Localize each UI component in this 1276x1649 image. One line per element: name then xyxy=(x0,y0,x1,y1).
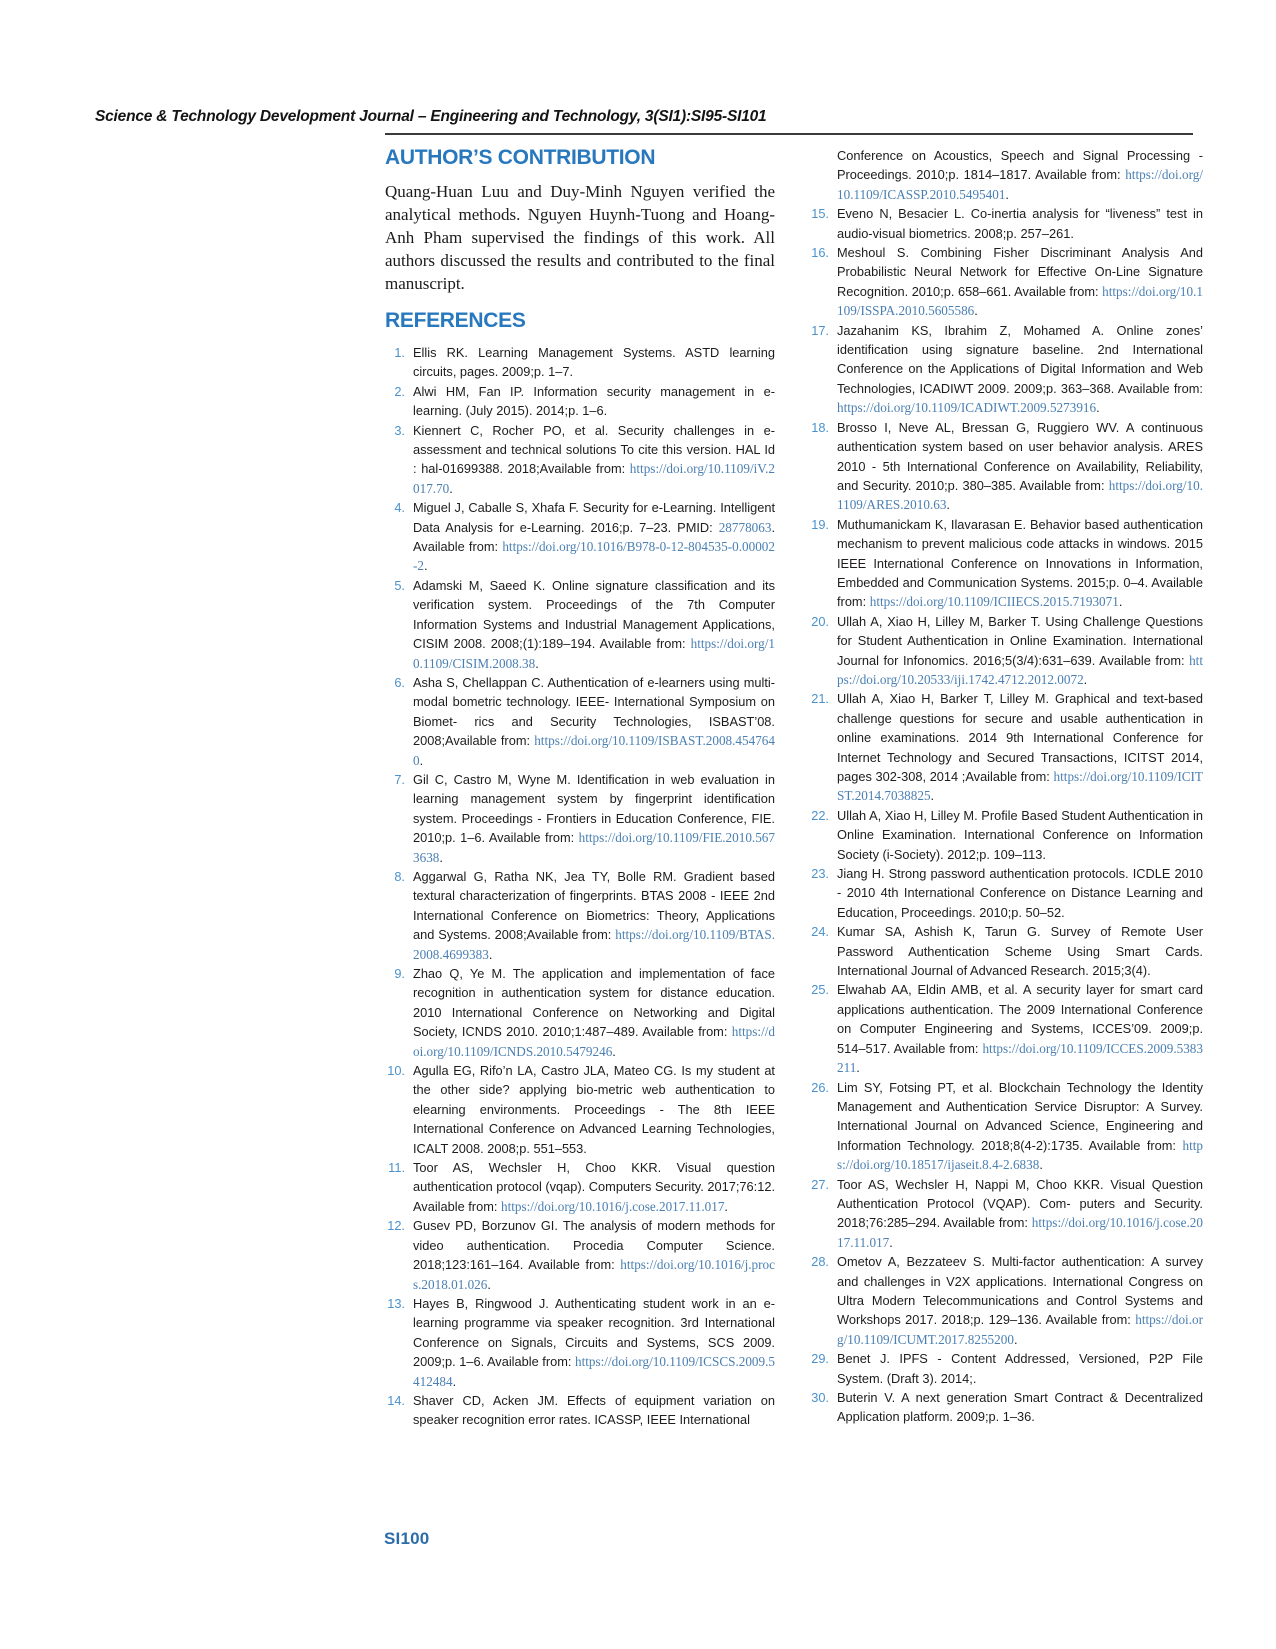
header-rule xyxy=(385,133,1193,135)
doi-link[interactable]: https://doi.org/10.1016/j.cose.2017.11.0… xyxy=(501,1199,724,1214)
reference-item: 19.Muthumanickam K, Ilavarasan E. Behavi… xyxy=(805,515,1203,612)
doi-link[interactable]: https://doi.org/10.1109/ICADIWT.2009.527… xyxy=(837,400,1096,415)
doi-link[interactable]: https://doi.org/10.1109/CISIM.2008.38 xyxy=(413,636,775,670)
reference-continuation: Conference on Acoustics, Speech and Sign… xyxy=(805,146,1203,204)
reference-number: 12. xyxy=(385,1216,405,1235)
reference-item: 29.Benet J. IPFS - Content Addressed, Ve… xyxy=(805,1349,1203,1388)
reference-item: 1.Ellis RK. Learning Management Systems.… xyxy=(385,343,775,382)
reference-item: 3.Kiennert C, Rocher PO, et al. Security… xyxy=(385,421,775,499)
reference-number: 8. xyxy=(385,867,405,886)
reference-item: 10.Agulla EG, Rifo’n LA, Castro JLA, Mat… xyxy=(385,1061,775,1158)
reference-number: 29. xyxy=(805,1349,829,1368)
reference-item: 6.Asha S, Chellappan C. Authentication o… xyxy=(385,673,775,770)
reference-number: 13. xyxy=(385,1294,405,1313)
reference-number: 14. xyxy=(385,1391,405,1410)
doi-link[interactable]: https://doi.org/10.1109/ICNDS.2010.54792… xyxy=(413,1024,775,1058)
reference-number: 1. xyxy=(385,343,405,362)
doi-link[interactable]: https://doi.org/10.20533/iji.1742.4712.2… xyxy=(837,653,1203,687)
doi-link[interactable]: https://doi.org/10.1109/ICCES.2009.53832… xyxy=(837,1041,1203,1075)
reference-item: 9.Zhao Q, Ye M. The application and impl… xyxy=(385,964,775,1061)
reference-number: 24. xyxy=(805,922,829,941)
reference-number: 16. xyxy=(805,243,829,262)
reference-number: 27. xyxy=(805,1175,829,1194)
doi-link[interactable]: https://doi.org/10.1109/ICITST.2014.7038… xyxy=(837,769,1203,803)
reference-number: 10. xyxy=(385,1061,405,1080)
reference-number: 15. xyxy=(805,204,829,223)
reference-item: 16.Meshoul S. Combining Fisher Discrimin… xyxy=(805,243,1203,321)
reference-item: 17.Jazahanim KS, Ibrahim Z, Mohamed A. O… xyxy=(805,321,1203,418)
reference-item: 5.Adamski M, Saeed K. Online signature c… xyxy=(385,576,775,673)
reference-item: 14.Shaver CD, Acken JM. Effects of equip… xyxy=(385,1391,775,1430)
reference-item: 23.Jiang H. Strong password authenticati… xyxy=(805,864,1203,922)
reference-item: 26.Lim SY, Fotsing PT, et al. Blockchain… xyxy=(805,1078,1203,1175)
reference-item: 20.Ullah A, Xiao H, Lilley M, Barker T. … xyxy=(805,612,1203,690)
reference-item: 11.Toor AS, Wechsler H, Choo KKR. Visual… xyxy=(385,1158,775,1216)
doi-link[interactable]: https://doi.org/10.1016/j.cose.2017.11.0… xyxy=(837,1215,1203,1249)
reference-number: 30. xyxy=(805,1388,829,1407)
reference-number: 25. xyxy=(805,980,829,999)
reference-item: 24.Kumar SA, Ashish K, Tarun G. Survey o… xyxy=(805,922,1203,980)
reference-item: 7.Gil C, Castro M, Wyne M. Identificatio… xyxy=(385,770,775,867)
reference-number: 2. xyxy=(385,382,405,401)
reference-number: 3. xyxy=(385,421,405,440)
doi-link[interactable]: https://doi.org/10.1109/ICASSP.2010.5495… xyxy=(837,167,1203,201)
reference-number: 17. xyxy=(805,321,829,340)
reference-item: 28.Ometov A, Bezzateev S. Multi-factor a… xyxy=(805,1252,1203,1349)
doi-link[interactable]: https://doi.org/10.1109/ARES.2010.63 xyxy=(837,478,1203,512)
paper-page: Science & Technology Development Journal… xyxy=(0,0,1276,1649)
reference-item: 30.Buterin V. A next generation Smart Co… xyxy=(805,1388,1203,1427)
reference-number: 9. xyxy=(385,964,405,983)
reference-item: 8.Aggarwal G, Ratha NK, Jea TY, Bolle RM… xyxy=(385,867,775,964)
reference-number: 7. xyxy=(385,770,405,789)
doi-link[interactable]: https://doi.org/10.1109/ISBAST.2008.4547… xyxy=(413,733,775,767)
reference-number: 26. xyxy=(805,1078,829,1097)
doi-link[interactable]: https://doi.org/10.1109/ICIIECS.2015.719… xyxy=(870,594,1119,609)
reference-item: 2.Alwi HM, Fan IP. Information security … xyxy=(385,382,775,421)
reference-number: 22. xyxy=(805,806,829,825)
reference-number: 19. xyxy=(805,515,829,534)
reference-number: 11. xyxy=(385,1158,405,1177)
reference-number: 23. xyxy=(805,864,829,883)
reference-item: 22.Ullah A, Xiao H, Lilley M. Profile Ba… xyxy=(805,806,1203,864)
doi-link[interactable]: https://doi.org/10.1109/ICSCS.2009.54124… xyxy=(413,1354,775,1388)
page-number: SI100 xyxy=(384,1529,429,1549)
reference-item: 12.Gusev PD, Borzunov GI. The analysis o… xyxy=(385,1216,775,1294)
references-list-right: Conference on Acoustics, Speech and Sign… xyxy=(805,146,1203,1427)
reference-number: 28. xyxy=(805,1252,829,1271)
references-heading: REFERENCES xyxy=(385,309,775,333)
reference-number: 18. xyxy=(805,418,829,437)
reference-number: 21. xyxy=(805,689,829,708)
doi-link[interactable]: https://doi.org/10.1016/j.procs.2018.01.… xyxy=(413,1257,775,1291)
reference-item: 27.Toor AS, Wechsler H, Nappi M, Choo KK… xyxy=(805,1175,1203,1253)
journal-header: Science & Technology Development Journal… xyxy=(95,108,1195,126)
reference-item: 4.Miguel J, Caballe S, Xhafa F. Security… xyxy=(385,498,775,576)
right-column: Conference on Acoustics, Speech and Sign… xyxy=(805,146,1203,1427)
doi-link[interactable]: https://doi.org/10.1109/ISSPA.2010.56055… xyxy=(837,284,1203,318)
reference-number: 20. xyxy=(805,612,829,631)
reference-number: 6. xyxy=(385,673,405,692)
reference-number: 5. xyxy=(385,576,405,595)
authors-contribution-heading: AUTHOR’S CONTRIBUTION xyxy=(385,146,775,170)
reference-item: 15.Eveno N, Besacier L. Co-inertia analy… xyxy=(805,204,1203,243)
references-list-left: 1.Ellis RK. Learning Management Systems.… xyxy=(385,343,775,1430)
doi-link[interactable]: https://doi.org/10.1109/FIE.2010.5673638 xyxy=(413,830,775,864)
doi-link[interactable]: https://doi.org/10.18517/ijaseit.8.4-2.6… xyxy=(837,1138,1203,1172)
reference-item: 21.Ullah A, Xiao H, Barker T, Lilley M. … xyxy=(805,689,1203,805)
reference-number: 4. xyxy=(385,498,405,517)
left-column: AUTHOR’S CONTRIBUTION Quang-Huan Luu and… xyxy=(385,146,775,1430)
reference-item: 25.Elwahab AA, Eldin AMB, et al. A secur… xyxy=(805,980,1203,1077)
doi-link[interactable]: https://doi.org/10.1109/ICUMT.2017.82552… xyxy=(837,1312,1203,1346)
reference-item: 13.Hayes B, Ringwood J. Authenticating s… xyxy=(385,1294,775,1391)
doi-link[interactable]: https://doi.org/10.1109/iV.2017.70 xyxy=(413,461,775,495)
reference-item: 18.Brosso I, Neve AL, Bressan G, Ruggier… xyxy=(805,418,1203,515)
doi-link[interactable]: https://doi.org/10.1109/BTAS.2008.469938… xyxy=(413,927,775,961)
authors-contribution-text: Quang-Huan Luu and Duy-Minh Nguyen verif… xyxy=(385,180,775,295)
doi-link[interactable]: 28778063 xyxy=(719,520,772,535)
doi-link[interactable]: https://doi.org/10.1016/B978-0-12-804535… xyxy=(413,539,775,573)
